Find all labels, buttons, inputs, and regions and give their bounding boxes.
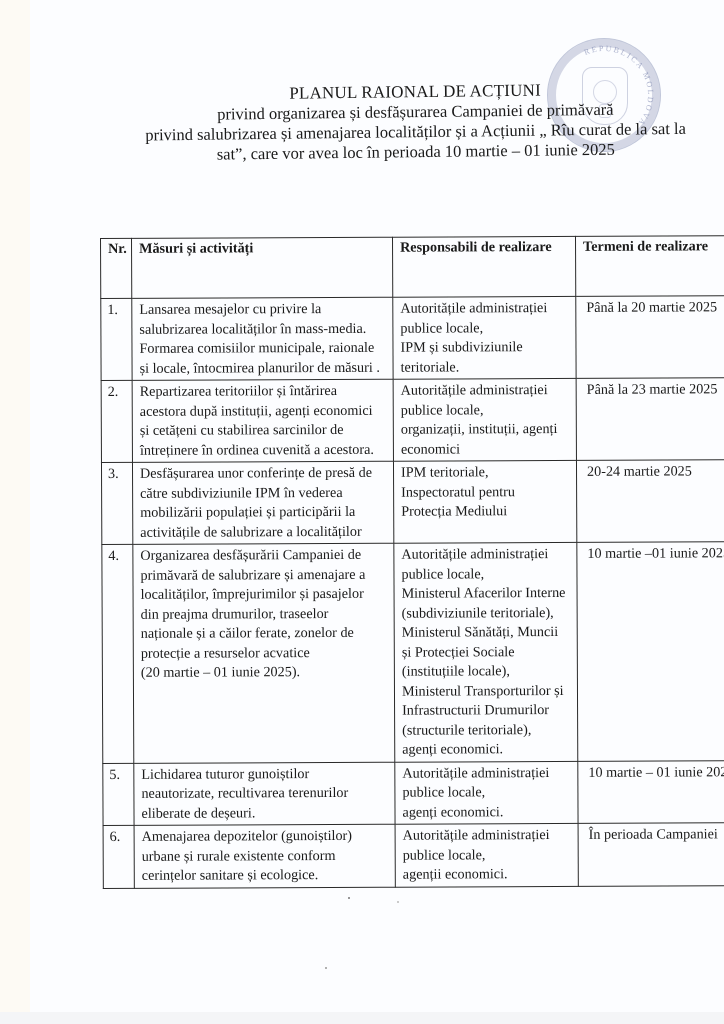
header-deadline: Termeni de realizare <box>575 236 724 297</box>
responsible-line: Autoritățile administrației <box>400 299 569 319</box>
table-row: 5.Lichidarea tuturor gunoiștilorneautori… <box>103 760 724 825</box>
responsible-line: Ministerul Transporturilor și <box>402 681 571 701</box>
header-nr: Nr. <box>101 238 132 298</box>
activities-line: din preajma drumurilor, traseelor <box>141 604 388 625</box>
cell-responsible: Autoritățile administrațieipublice local… <box>393 296 576 379</box>
activities-line: Amenajarea depozitelor (gunoiștilor) <box>142 827 389 848</box>
responsible-line: publice locale, <box>402 783 571 803</box>
responsible-line: Autoritățile administrației <box>401 545 570 565</box>
responsible-line: agenți economici. <box>402 740 571 760</box>
table-row: 4.Organizarea desfășurării Campaniei dep… <box>102 542 724 763</box>
responsible-line: economici <box>401 439 570 459</box>
responsible-line: (subdiviziunile teritoriale), <box>402 603 571 623</box>
table-row: 2.Repartizarea teritoriilor și întărirea… <box>101 378 724 463</box>
activities-line: activitățile de salubrizare a localități… <box>140 522 387 543</box>
cell-responsible: Autoritățile administrațieipublice local… <box>393 378 576 461</box>
activities-line: urbane și rurale existente conform <box>142 846 389 867</box>
cell-responsible: Autoritățile administrațieipublice local… <box>395 761 578 824</box>
responsible-line: Autoritățile administrației <box>402 763 571 783</box>
header-responsible: Responsabili de realizare <box>392 236 575 297</box>
cell-activities: Amenajarea depozitelor (gunoiștilor)urba… <box>134 824 395 888</box>
activities-line: și locale, întocmirea planurilor de măsu… <box>140 358 387 379</box>
cell-nr: 4. <box>102 544 134 763</box>
activities-line: către subdiviziunile IPM în vederea <box>140 483 387 504</box>
activities-line: Organizarea desfășurării Campaniei de <box>140 546 387 567</box>
cell-responsible: IPM teritoriale,Inspectoratul pentruProt… <box>393 460 576 543</box>
responsible-line: publice locale, <box>401 564 570 584</box>
activities-line: Desfășurarea unor conferințe de presă de <box>140 464 387 485</box>
scan-speck <box>325 967 327 969</box>
cell-responsible: Autoritățile administrațieipublice local… <box>395 823 578 886</box>
scan-speck <box>397 901 399 903</box>
responsible-line: publice locale, <box>401 400 570 420</box>
table-row: 1.Lansarea mesajelor cu privire lasalubr… <box>101 296 724 381</box>
cell-deadline: 10 martie –01 iunie 2025 <box>577 542 724 761</box>
responsible-line: agenții economici. <box>403 865 572 885</box>
cell-deadline: 20-24 martie 2025 <box>576 460 724 543</box>
cell-deadline: 10 martie – 01 iunie 2025 <box>578 760 724 823</box>
activities-line: protecție a resurselor acvatice <box>141 643 388 664</box>
cell-nr: 2. <box>101 380 132 462</box>
action-plan-table: Nr. Măsuri și activități Responsabili de… <box>100 235 724 888</box>
activities-line: întreținere în ordinea cuvenită a acesto… <box>140 440 387 461</box>
responsible-line: IPM teritoriale, <box>401 463 570 483</box>
activities-line: primăvară de salubrizare și amenajare a <box>140 565 387 586</box>
header-activities: Măsuri și activități <box>132 237 393 298</box>
cell-deadline: Până la 20 martie 2025 <box>576 296 724 379</box>
responsible-line: publice locale, <box>403 845 572 865</box>
cell-deadline: În perioada Campaniei <box>578 823 724 886</box>
responsible-line: (structurile teritoriale), <box>402 720 571 740</box>
scan-bottom-margin <box>0 1012 724 1024</box>
activities-line: cerințelor sanitare și ecologice. <box>142 866 389 887</box>
activities-line: Lansarea mesajelor cu privire la <box>139 300 386 321</box>
cell-activities: Desfășurarea unor conferințe de presă de… <box>132 461 393 544</box>
responsible-line: organizații, instituții, agenți <box>401 420 570 440</box>
responsible-line: (instituțiile locale), <box>402 662 571 682</box>
cell-nr: 5. <box>103 763 134 826</box>
activities-line: eliberate de deșeuri. <box>141 803 388 824</box>
responsible-line: agenți economici. <box>402 802 571 822</box>
responsible-line: IPM și subdiviziunile <box>400 338 569 358</box>
responsible-line: Autoritățile administrației <box>401 381 570 401</box>
cell-activities: Repartizarea teritoriilor și întărireaac… <box>132 379 393 462</box>
cell-activities: Lansarea mesajelor cu privire lasalubriz… <box>132 297 393 380</box>
cell-nr: 3. <box>101 462 132 544</box>
responsible-line: publice locale, <box>400 318 569 338</box>
document-heading: PLANUL RAIONAL DE ACȚIUNI privind organi… <box>100 78 724 166</box>
responsible-line: Autoritățile administrației <box>403 826 572 846</box>
responsible-line: Ministerul Sănătăți, Muncii <box>402 623 571 643</box>
activities-line: Lichidarea tuturor gunoiștilor <box>141 764 388 785</box>
cell-responsible: Autoritățile administrațieipublice local… <box>394 542 578 761</box>
activities-line: Formarea comisiilor municipale, raionale <box>139 339 386 360</box>
activities-line: salubrizarea localităților în mass-media… <box>139 319 386 340</box>
responsible-line: și Protecției Sociale <box>402 642 571 662</box>
scan-speck <box>348 897 350 899</box>
responsible-line: Infrastructurii Drumurilor <box>402 701 571 721</box>
activities-line: neautorizate, recultivarea terenurilor <box>141 784 388 805</box>
cell-nr: 6. <box>103 825 134 888</box>
table-header-row: Nr. Măsuri și activități Responsabili de… <box>101 236 724 299</box>
responsible-line: Protecția Mediului <box>401 502 570 522</box>
activities-line: localităților, împrejurimilor și pasajel… <box>141 585 388 606</box>
table-row: 3.Desfășurarea unor conferințe de presă … <box>101 460 724 545</box>
responsible-line: Inspectoratul pentru <box>401 482 570 502</box>
cell-deadline: Până la 23 martie 2025 <box>576 378 724 461</box>
responsible-line: Ministerul Afacerilor Interne <box>402 584 571 604</box>
cell-nr: 1. <box>101 298 132 380</box>
table-row: 6.Amenajarea depozitelor (gunoiștilor)ur… <box>103 823 724 888</box>
activities-line: mobilizării populației și participării l… <box>140 503 387 524</box>
cell-activities: Lichidarea tuturor gunoiștilorneautoriza… <box>134 762 395 826</box>
cell-activities: Organizarea desfășurării Campaniei depri… <box>133 543 395 763</box>
activities-line: (20 martie – 01 iunie 2025). <box>141 663 388 684</box>
activities-line: naționale și a căilor ferate, zonelor de <box>141 624 388 645</box>
activities-line: Repartizarea teritoriilor și întărirea <box>140 382 387 403</box>
responsible-line: teritoriale. <box>401 357 570 377</box>
scan-left-margin <box>0 0 31 1024</box>
activities-line: și cetățeni cu stabilirea sarcinilor de <box>140 421 387 442</box>
activities-line: acestora după instituții, agenți economi… <box>140 401 387 422</box>
